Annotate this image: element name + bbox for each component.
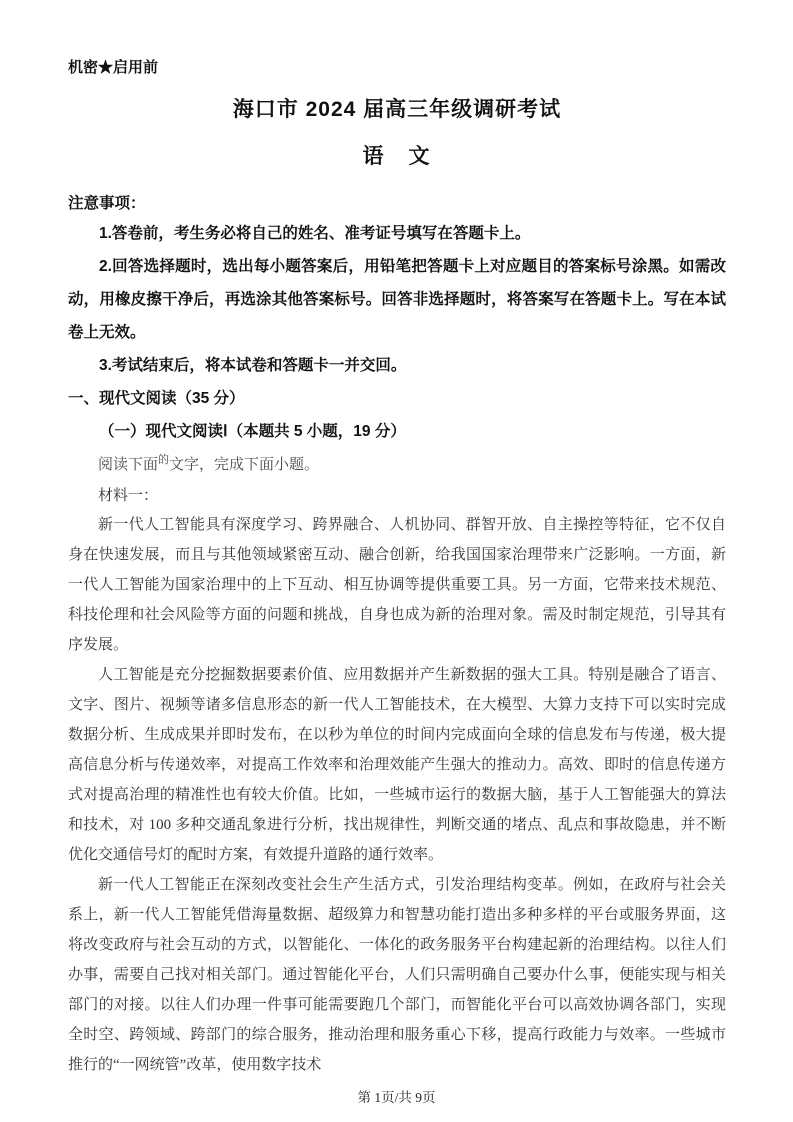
notice-item-2: 2.回答选择题时，选出每小题答案后，用铅笔把答题卡上对应题目的答案标号涂黑。如需… [68, 250, 726, 349]
material-one-paragraph-3: 新一代人工智能正在深刻改变社会生产生活方式，引发治理结构变革。例如，在政府与社会… [68, 870, 726, 1080]
reading-prompt-before: 阅读下面 [98, 457, 158, 473]
material-one-label: 材料一： [68, 482, 726, 510]
reading-prompt: 阅读下面的文字，完成下面小题。 [68, 451, 726, 479]
exam-subject: 语 文 [68, 140, 726, 170]
notice-item-1: 1.答卷前，考生务必将自己的姓名、准考证号填写在答题卡上。 [68, 217, 726, 250]
page-footer: 第 1页/共 9页 [0, 1086, 793, 1106]
subsection-heading-modern-reading-1: （一）现代文阅读Ⅰ（本题共 5 小题，19 分） [68, 415, 726, 448]
exam-paper-page: 机密★启用前 海口市 2024 届高三年级调研考试 语 文 注意事项： 1.答卷… [0, 0, 793, 1122]
material-one-paragraph-1: 新一代人工智能具有深度学习、跨界融合、人机协同、群智开放、自主操控等特征，它不仅… [68, 510, 726, 660]
notice-heading: 注意事项： [68, 191, 726, 217]
reading-prompt-superscript: 的 [158, 454, 169, 466]
classification-label: 机密★启用前 [68, 56, 726, 77]
reading-prompt-after: 文字，完成下面小题。 [169, 457, 319, 473]
exam-title: 海口市 2024 届高三年级调研考试 [68, 93, 726, 123]
notice-item-3: 3.考试结束后，将本试卷和答题卡一并交回。 [68, 349, 726, 382]
material-one-paragraph-2: 人工智能是充分挖掘数据要素价值、应用数据并产生新数据的强大工具。特别是融合了语言… [68, 660, 726, 870]
section-heading-modern-reading: 一、现代文阅读（35 分） [68, 382, 726, 415]
